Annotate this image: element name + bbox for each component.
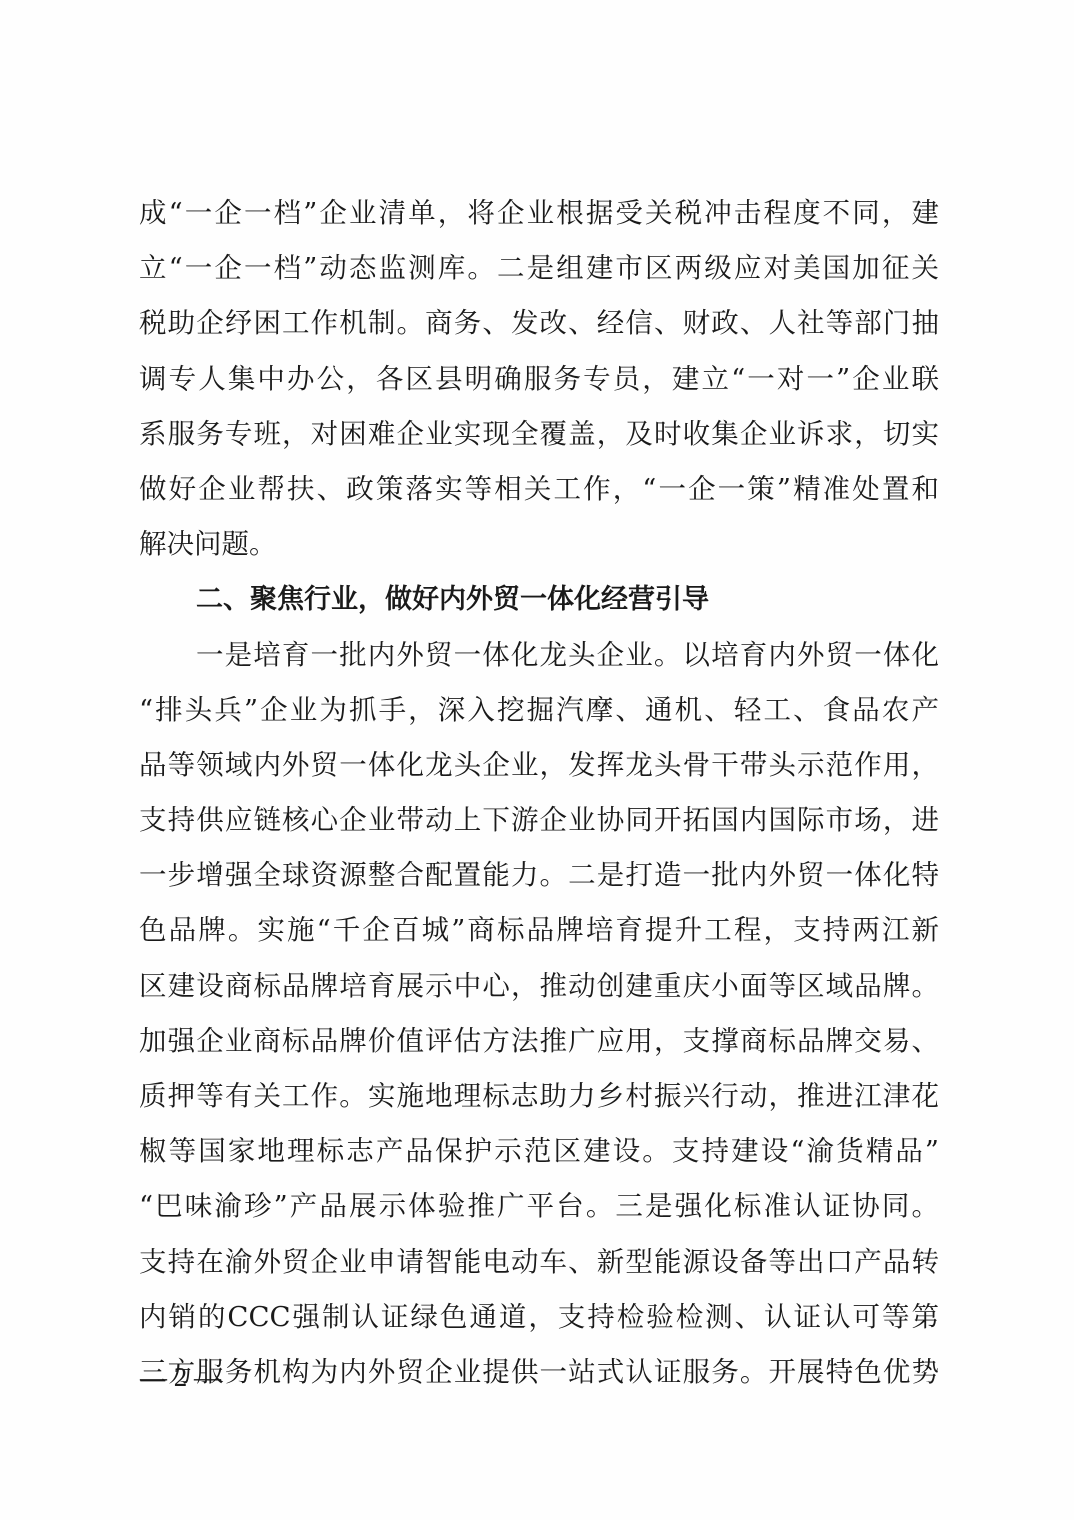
paragraph-1-line-6: 做好企业帮扶、政策落实等相关工作，“一企一策”精准处置和 — [139, 462, 939, 517]
paragraph-2-line-13: 内销的CCC强制认证绿色通道，支持检验检测、认证认可等第 — [139, 1290, 939, 1345]
paragraph-2-line-4: 支持供应链核心企业带动上下游企业协同开拓国内国际市场，进 — [139, 793, 939, 848]
paragraph-2-line-8: 加强企业商标品牌价值评估方法推广应用，支撑商标品牌交易、 — [139, 1014, 939, 1069]
paragraph-1-line-7: 解决问题。 — [139, 517, 939, 572]
paragraph-2-line-14: 三方服务机构为内外贸企业提供一站式认证服务。开展特色优势 — [139, 1345, 939, 1400]
paragraph-2-line-5: 一步增强全球资源整合配置能力。二是打造一批内外贸一体化特 — [139, 848, 939, 903]
paragraph-2-line-9: 质押等有关工作。实施地理标志助力乡村振兴行动，推进江津花 — [139, 1069, 939, 1124]
page-number: — 2 — — [140, 1362, 221, 1393]
paragraph-1-line-2: 立“一企一档”动态监测库。二是组建市区两级应对美国加征关 — [139, 241, 939, 296]
paragraph-2-line-11: “巴味渝珍”产品展示体验推广平台。三是强化标准认证协同。 — [139, 1179, 939, 1234]
paragraph-2-line-1: 一是培育一批内外贸一体化龙头企业。以培育内外贸一体化 — [139, 628, 939, 683]
paragraph-1-line-4: 调专人集中办公，各区县明确服务专员，建立“一对一”企业联 — [139, 352, 939, 407]
paragraph-2-line-10: 椒等国家地理标志产品保护示范区建设。支持建设“渝货精品” — [139, 1124, 939, 1179]
paragraph-2-line-3: 品等领域内外贸一体化龙头企业，发挥龙头骨干带头示范作用， — [139, 738, 939, 793]
paragraph-2-line-2: “排头兵”企业为抓手，深入挖掘汽摩、通机、轻工、食品农产 — [139, 683, 939, 738]
document-body: 成“一企一档”企业清单，将企业根据受关税冲击程度不同，建 立“一企一档”动态监测… — [139, 186, 939, 1400]
paragraph-1-line-5: 系服务专班，对困难企业实现全覆盖，及时收集企业诉求，切实 — [139, 407, 939, 462]
paragraph-2-line-7: 区建设商标品牌培育展示中心，推动创建重庆小面等区域品牌。 — [139, 959, 939, 1014]
paragraph-1-line-1: 成“一企一档”企业清单，将企业根据受关税冲击程度不同，建 — [139, 186, 939, 241]
section-heading: 二、聚焦行业，做好内外贸一体化经营引导 — [139, 572, 939, 627]
paragraph-2-line-12: 支持在渝外贸企业申请智能电动车、新型能源设备等出口产品转 — [139, 1235, 939, 1290]
paragraph-2-line-6: 色品牌。实施“千企百城”商标品牌培育提升工程，支持两江新 — [139, 903, 939, 958]
paragraph-1-line-3: 税助企纾困工作机制。商务、发改、经信、财政、人社等部门抽 — [139, 296, 939, 351]
document-page: 成“一企一档”企业清单，将企业根据受关税冲击程度不同，建 立“一企一档”动态监测… — [0, 0, 1074, 1520]
